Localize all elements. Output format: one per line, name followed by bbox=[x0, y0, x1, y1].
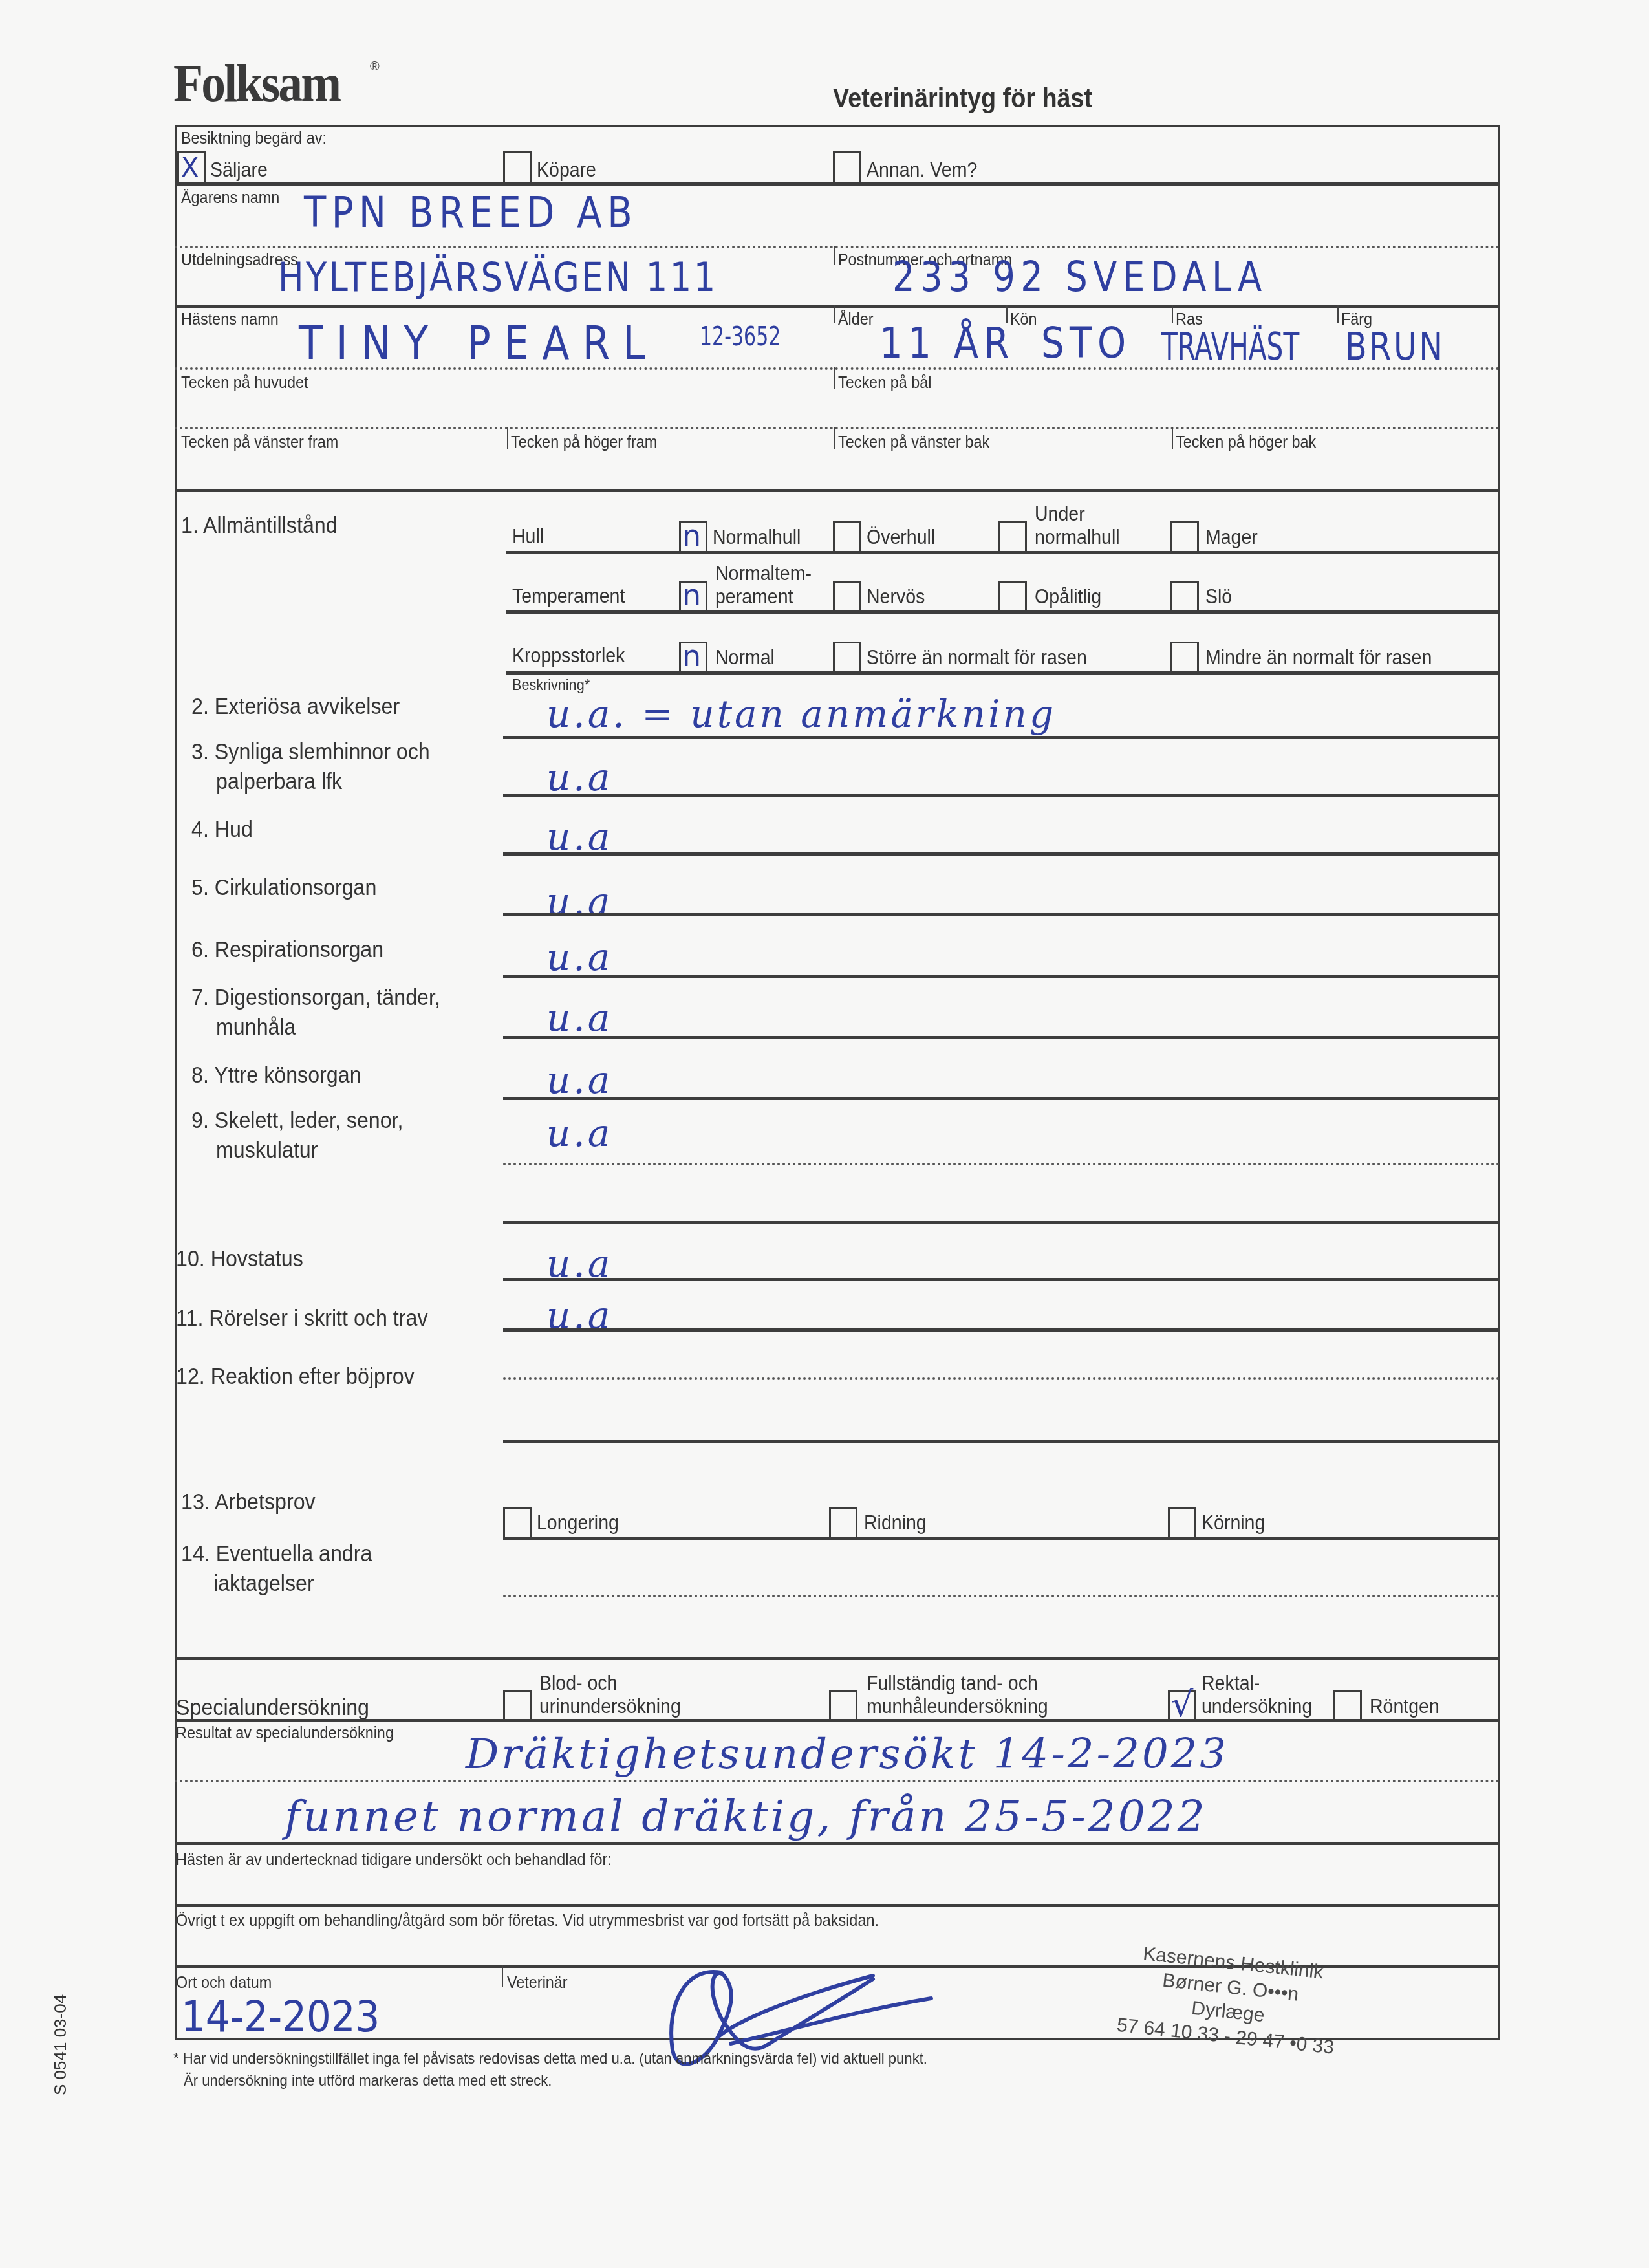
finding-line bbox=[503, 1221, 1500, 1224]
divider bbox=[175, 489, 1500, 492]
checkbox-seller[interactable]: X bbox=[177, 151, 206, 182]
age-value[interactable]: 11 ÅR bbox=[879, 318, 1015, 368]
divider bbox=[175, 1780, 1500, 1782]
divider bbox=[175, 1842, 1500, 1845]
checkbox-rectal[interactable]: √ bbox=[1168, 1690, 1196, 1722]
check-mark-icon: n bbox=[682, 579, 701, 611]
option-blood-urine-line2: urinundersökning bbox=[539, 1696, 681, 1718]
check-mark-icon: √ bbox=[1171, 1689, 1193, 1721]
finding-line bbox=[503, 1328, 1500, 1332]
finding-line bbox=[503, 1097, 1500, 1100]
temperament-label: Temperament bbox=[512, 585, 625, 608]
observations-line[interactable] bbox=[503, 1595, 1500, 1597]
checkbox-ridning[interactable] bbox=[829, 1507, 857, 1538]
divider bbox=[175, 305, 1500, 308]
color-value[interactable]: BRUN bbox=[1345, 325, 1445, 369]
divider bbox=[175, 246, 1500, 248]
finding-label: 4. Hud bbox=[191, 815, 253, 845]
finding-label-2: munhåla bbox=[216, 1013, 296, 1042]
footnote-2: Är undersökning inte utförd markeras det… bbox=[184, 2072, 552, 2090]
work-test-label: 13. Arbetsprov bbox=[181, 1487, 316, 1517]
divider bbox=[1006, 305, 1008, 323]
general-condition-label: 1. Allmäntillstånd bbox=[181, 511, 338, 541]
checkbox-xray[interactable] bbox=[1333, 1690, 1362, 1722]
divider bbox=[175, 427, 1500, 429]
divider bbox=[506, 610, 1500, 614]
other-notes-label: Övrigt t ex uppgift om behandling/åtgärd… bbox=[176, 1910, 879, 1930]
horse-name-value[interactable]: TINY PEARL bbox=[299, 316, 658, 370]
option-undernormalhull-line1: Under bbox=[1035, 503, 1085, 525]
other-observations-label: 14. Eventuella andra bbox=[181, 1539, 372, 1569]
document-title: Veterinärintyg för häst bbox=[833, 83, 1092, 114]
checkbox-undernormalhull[interactable] bbox=[998, 521, 1027, 552]
marking-body-label: Tecken på bål bbox=[838, 373, 931, 393]
divider bbox=[1337, 305, 1339, 323]
option-normaltemperament-line2: perament bbox=[715, 586, 793, 608]
divider bbox=[175, 1904, 1500, 1907]
marking-left-front-label: Tecken på vänster fram bbox=[181, 432, 338, 452]
finding-value[interactable]: u.a bbox=[546, 755, 612, 799]
finding-label: 6. Respirationsorgan bbox=[191, 935, 383, 965]
marking-left-hind-label: Tecken på vänster bak bbox=[838, 432, 989, 452]
option-mager: Mager bbox=[1205, 526, 1258, 548]
age-label: Ålder bbox=[838, 309, 874, 329]
finding-line bbox=[503, 736, 1500, 739]
option-dental-line2: munhåleundersökning bbox=[867, 1696, 1048, 1718]
option-blood-urine-line1: Blod- och bbox=[539, 1672, 617, 1694]
finding-label: 9. Skelett, leder, senor, bbox=[191, 1106, 404, 1136]
place-date-label: Ort och datum bbox=[176, 1972, 272, 1993]
marking-right-hind-label: Tecken på höger bak bbox=[1176, 432, 1316, 452]
form-code: S 0541 03-04 bbox=[50, 1994, 70, 2095]
sex-label: Kön bbox=[1010, 309, 1037, 329]
finding-line bbox=[503, 794, 1500, 797]
finding-value[interactable]: u.a bbox=[546, 1058, 612, 1102]
option-rectal-line2: undersökning bbox=[1202, 1696, 1312, 1718]
marking-head-label: Tecken på huvudet bbox=[181, 373, 308, 393]
divider bbox=[1172, 305, 1173, 323]
checkbox-nervos[interactable] bbox=[833, 581, 861, 612]
divider bbox=[506, 551, 1500, 554]
checkbox-opalitlig[interactable] bbox=[998, 581, 1027, 612]
special-result-line1[interactable]: Dräktighetsundersökt 14-2-2023 bbox=[466, 1731, 1229, 1778]
checkbox-korning[interactable] bbox=[1168, 1507, 1196, 1538]
divider bbox=[834, 367, 835, 389]
option-longering: Longering bbox=[537, 1512, 619, 1534]
divider bbox=[834, 246, 835, 265]
other-observations-label-2: iaktagelser bbox=[213, 1569, 314, 1599]
option-seller-label: Säljare bbox=[210, 159, 268, 181]
finding-label: 7. Digestionsorgan, tänder, bbox=[191, 983, 440, 1013]
request-label: Besiktning begärd av: bbox=[181, 128, 327, 148]
body-size-label: Kroppsstorlek bbox=[512, 644, 625, 667]
check-mark-icon: n bbox=[682, 519, 701, 552]
divider bbox=[834, 305, 835, 323]
check-mark-icon: n bbox=[682, 640, 701, 672]
option-smaller-size: Mindre än normalt för rasen bbox=[1205, 647, 1432, 669]
checkbox-longering[interactable] bbox=[503, 1507, 532, 1538]
finding-line bbox=[503, 1377, 1500, 1380]
divider bbox=[175, 1657, 1500, 1660]
finding-value[interactable]: u.a bbox=[546, 996, 612, 1040]
finding-label: 8. Yttre könsorgan bbox=[191, 1061, 361, 1090]
finding-label: 5. Cirkulationsorgan bbox=[191, 873, 376, 903]
place-date-value[interactable]: 14-2-2023 bbox=[181, 1992, 380, 2042]
finding-label-2: palperbara lfk bbox=[216, 767, 342, 797]
finding-label: 10. Hovstatus bbox=[176, 1244, 303, 1274]
finding-label-2: muskulatur bbox=[216, 1136, 318, 1165]
option-undernormalhull-line2: normalhull bbox=[1035, 526, 1120, 548]
special-result-line2[interactable]: funnet normal dräktig, från 25-5-2022 bbox=[285, 1791, 1207, 1841]
finding-line bbox=[503, 1278, 1500, 1281]
option-xray: Röntgen bbox=[1370, 1696, 1439, 1718]
horse-reg-number[interactable]: 12-3652 bbox=[700, 322, 781, 352]
option-opalitlig: Opålitlig bbox=[1035, 586, 1101, 608]
finding-line bbox=[503, 1163, 1500, 1165]
divider bbox=[175, 1719, 1500, 1722]
finding-value[interactable]: u.a bbox=[546, 1111, 612, 1155]
divider bbox=[175, 367, 1500, 370]
horse-name-label: Hästens namn bbox=[181, 309, 279, 329]
previous-treatment-label: Hästen är av undertecknad tidigare under… bbox=[176, 1850, 612, 1870]
checkbox-dental[interactable] bbox=[829, 1690, 857, 1722]
option-normalhull: Normalhull bbox=[713, 526, 801, 548]
option-normaltemperament-line1: Normaltem- bbox=[715, 563, 812, 585]
finding-line bbox=[503, 975, 1500, 978]
divider bbox=[503, 1537, 1500, 1540]
marking-right-front-label: Tecken på höger fram bbox=[511, 432, 657, 452]
divider bbox=[175, 182, 1500, 186]
x-mark-icon: X bbox=[181, 152, 199, 184]
option-larger-size: Större än normalt för rasen bbox=[867, 647, 1087, 669]
folksam-logo: Folksam bbox=[173, 53, 339, 114]
postal-value[interactable]: 233 92 SVEDALA bbox=[892, 254, 1267, 301]
finding-label: 2. Exteriösa avvikelser bbox=[191, 692, 400, 722]
finding-label: 3. Synliga slemhinnor och bbox=[191, 737, 430, 767]
finding-line bbox=[503, 1036, 1500, 1039]
option-ridning: Ridning bbox=[864, 1512, 927, 1534]
owner-name-value[interactable]: TPN BREED AB bbox=[304, 188, 638, 237]
option-slo: Slö bbox=[1205, 586, 1232, 608]
owner-name-label: Ägarens namn bbox=[181, 188, 279, 208]
finding-label: 11. Rörelser i skritt och trav bbox=[176, 1304, 428, 1334]
option-other-label: Annan. Vem? bbox=[867, 159, 977, 181]
option-normal-size: Normal bbox=[715, 647, 775, 669]
checkbox-normal-size[interactable]: n bbox=[679, 642, 707, 673]
option-nervos: Nervös bbox=[867, 586, 925, 608]
sex-value[interactable]: STO bbox=[1041, 318, 1132, 368]
option-buyer-label: Köpare bbox=[537, 159, 596, 181]
option-dental-line1: Fullständig tand- och bbox=[867, 1672, 1038, 1694]
checkbox-normalhull[interactable]: n bbox=[679, 521, 707, 552]
option-korning: Körning bbox=[1202, 1512, 1265, 1534]
finding-line bbox=[503, 913, 1500, 916]
finding-value[interactable]: u.a bbox=[546, 935, 612, 979]
checkbox-overhull[interactable] bbox=[833, 521, 861, 552]
finding-line bbox=[503, 852, 1500, 856]
checkbox-buyer[interactable] bbox=[503, 151, 532, 182]
divider bbox=[502, 1965, 503, 1987]
checkbox-other[interactable] bbox=[833, 151, 861, 182]
checkbox-mager[interactable] bbox=[1170, 521, 1199, 552]
checkbox-larger-size[interactable] bbox=[833, 642, 861, 673]
divider bbox=[834, 427, 835, 449]
finding-label: 12. Reaktion efter böjprov bbox=[176, 1362, 415, 1392]
checkbox-normaltemperament[interactable]: n bbox=[679, 581, 707, 612]
checkbox-smaller-size[interactable] bbox=[1170, 642, 1199, 673]
veterinarian-label: Veterinär bbox=[507, 1972, 568, 1993]
footnote-1: * Har vid undersökningstillfället inga f… bbox=[173, 2050, 927, 2068]
checkbox-slo[interactable] bbox=[1170, 581, 1199, 612]
registered-mark: ® bbox=[370, 59, 380, 74]
finding-value[interactable]: u.a bbox=[546, 880, 612, 923]
special-result-label: Resultat av specialundersökning bbox=[176, 1723, 394, 1743]
divider bbox=[506, 671, 1500, 675]
option-rectal-line1: Rektal- bbox=[1202, 1672, 1260, 1694]
address-value[interactable]: HYLTEBJÄRSVÄGEN 111 bbox=[278, 254, 718, 301]
option-overhull: Överhull bbox=[867, 526, 935, 548]
breed-value[interactable]: TRAVHÄST bbox=[1161, 325, 1299, 369]
hull-label: Hull bbox=[512, 525, 544, 548]
checkbox-blood-urine[interactable] bbox=[503, 1690, 532, 1722]
finding-value[interactable]: u.a. = utan anmärkning bbox=[546, 692, 1056, 736]
finding-line bbox=[503, 1440, 1500, 1443]
divider bbox=[1172, 427, 1173, 449]
divider bbox=[507, 427, 508, 449]
